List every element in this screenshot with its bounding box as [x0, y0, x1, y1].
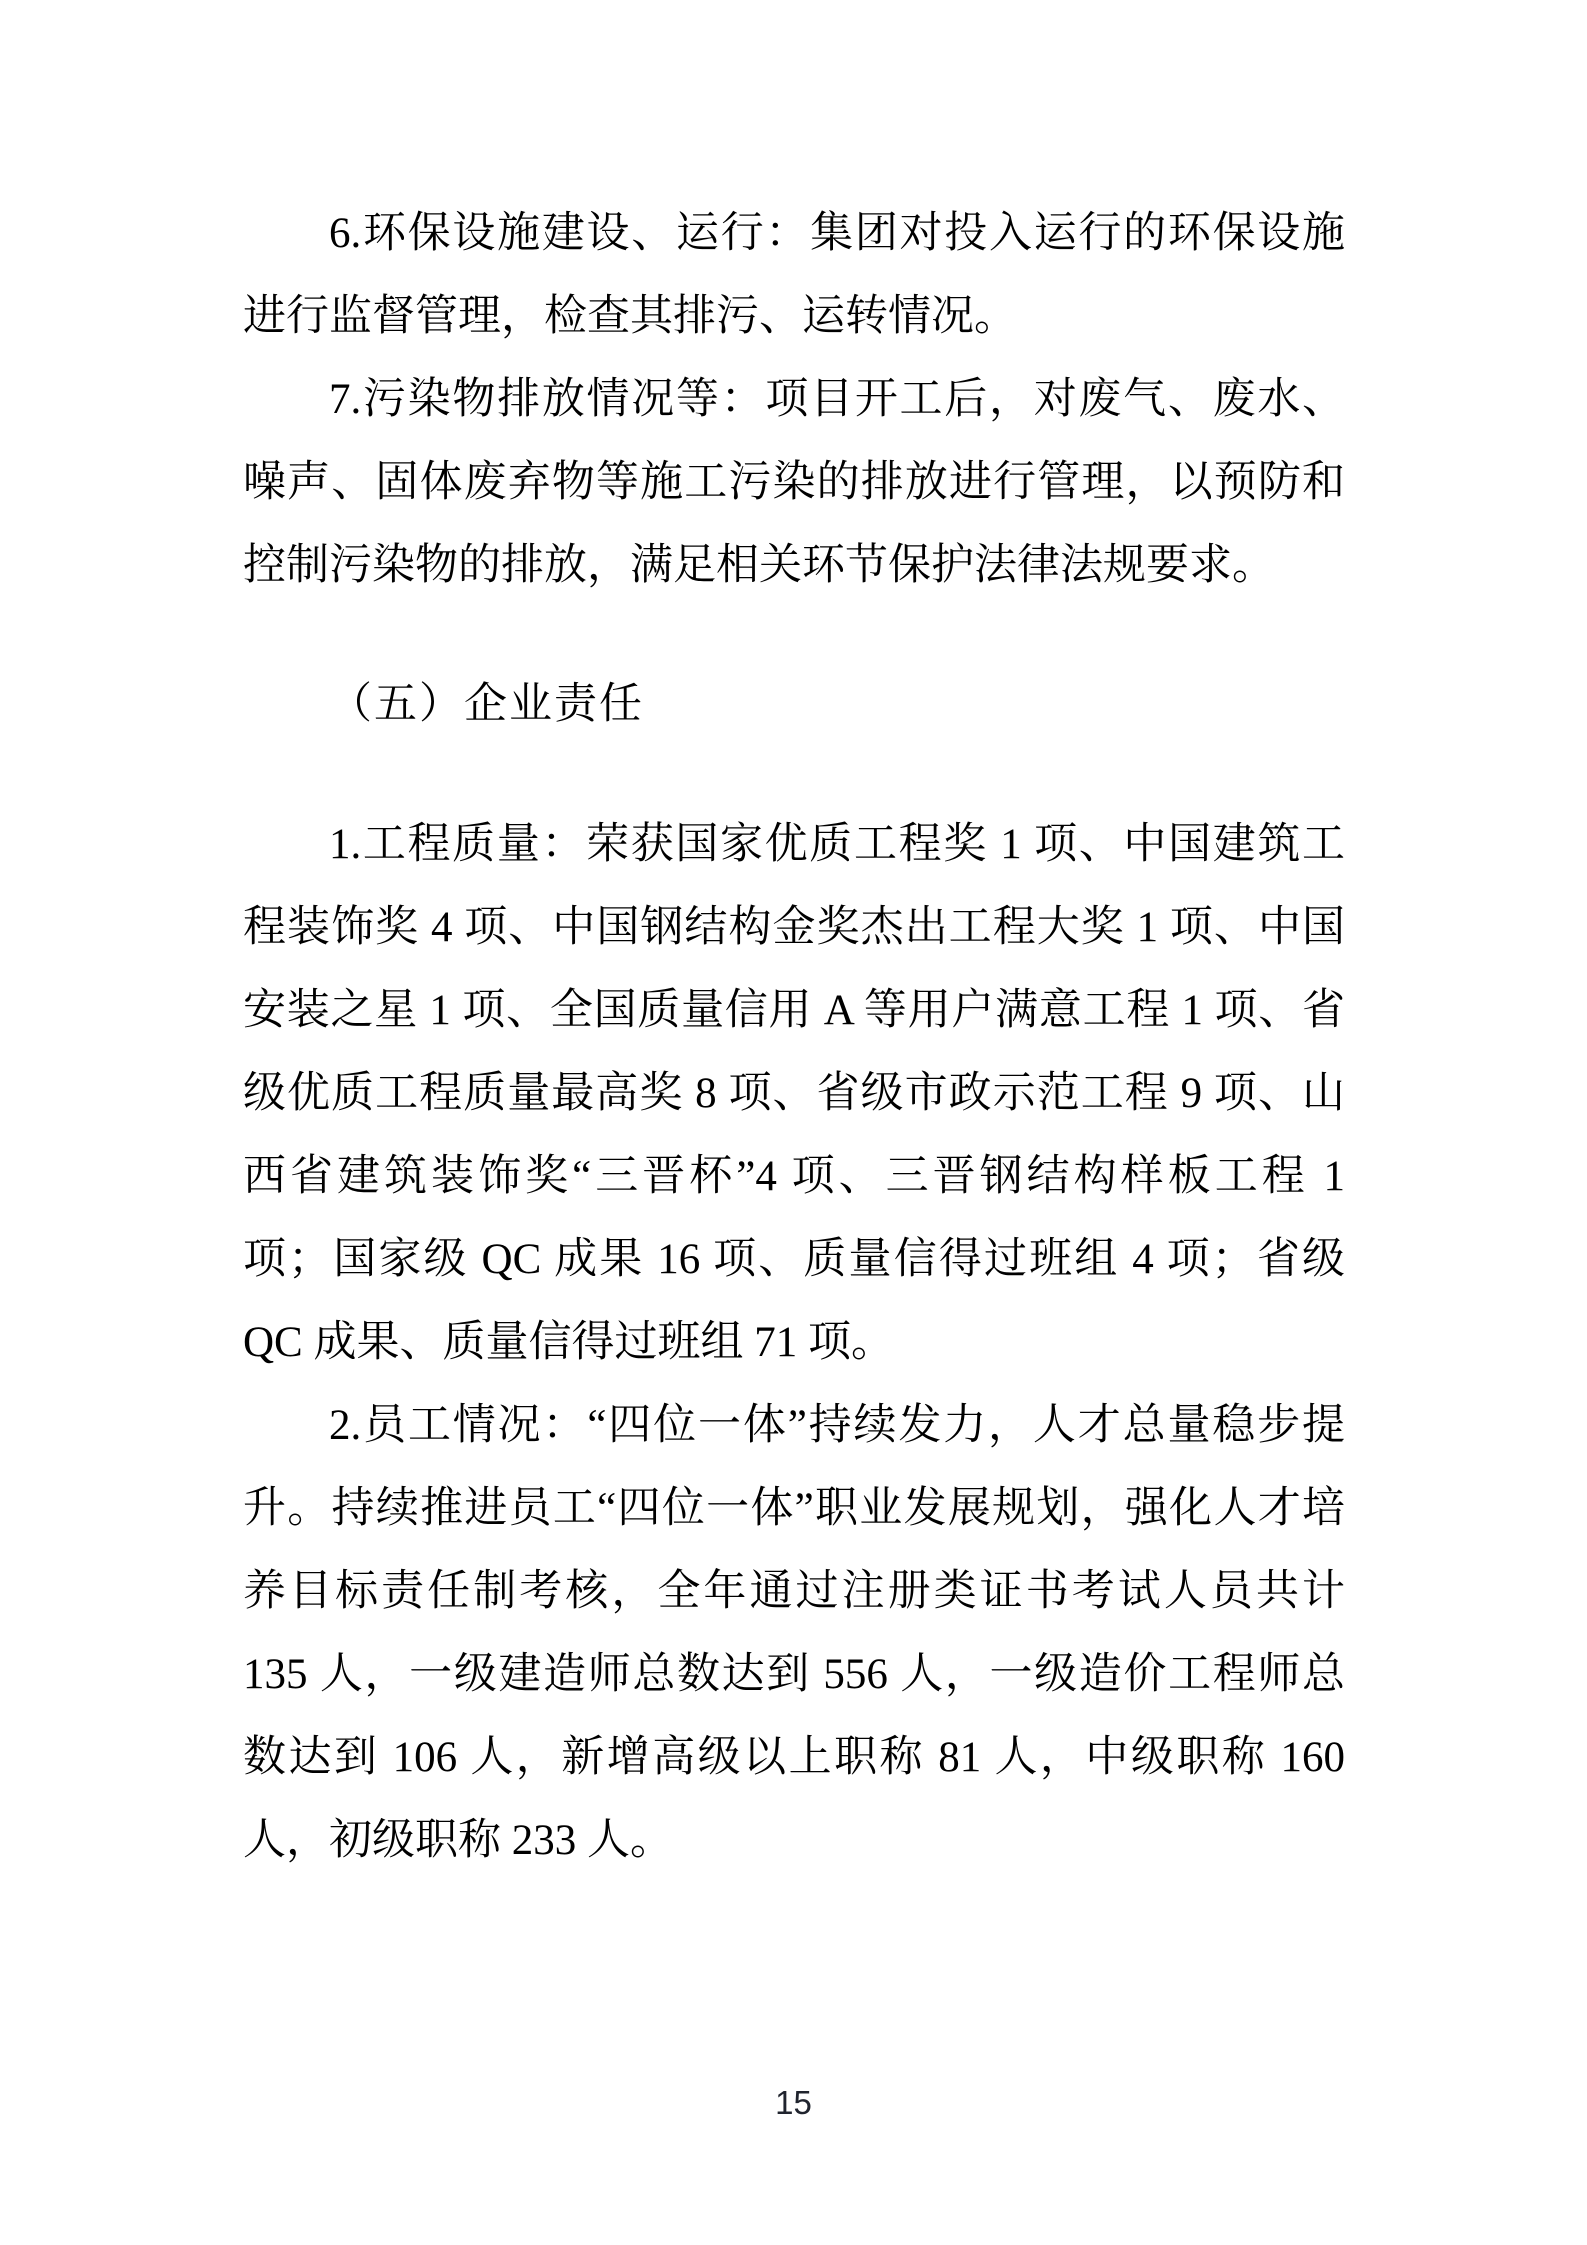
- document-body: 6.环保设施建设、运行：集团对投入运行的环保设施进行监督管理，检查其排污、运转情…: [243, 192, 1345, 1882]
- paragraph-pollutant-discharge: 7.污染物排放情况等：项目开工后，对废气、废水、噪声、固体废弃物等施工污染的排放…: [243, 358, 1345, 607]
- page-footer: 15: [0, 2083, 1587, 2123]
- paragraph-project-quality: 1.工程质量：荣获国家优质工程奖 1 项、中国建筑工程装饰奖 4 项、中国钢结构…: [243, 803, 1345, 1384]
- paragraph-employee-status: 2.员工情况：“四位一体”持续发力，人才总量稳步提升。持续推进员工“四位一体”职…: [243, 1384, 1345, 1882]
- paragraph-env-facilities: 6.环保设施建设、运行：集团对投入运行的环保设施进行监督管理，检查其排污、运转情…: [243, 192, 1345, 358]
- page-number: 15: [775, 2084, 812, 2121]
- document-page: 6.环保设施建设、运行：集团对投入运行的环保设施进行监督管理，检查其排污、运转情…: [0, 0, 1587, 2245]
- section-heading-corporate-responsibility: （五）企业责任: [243, 663, 1345, 746]
